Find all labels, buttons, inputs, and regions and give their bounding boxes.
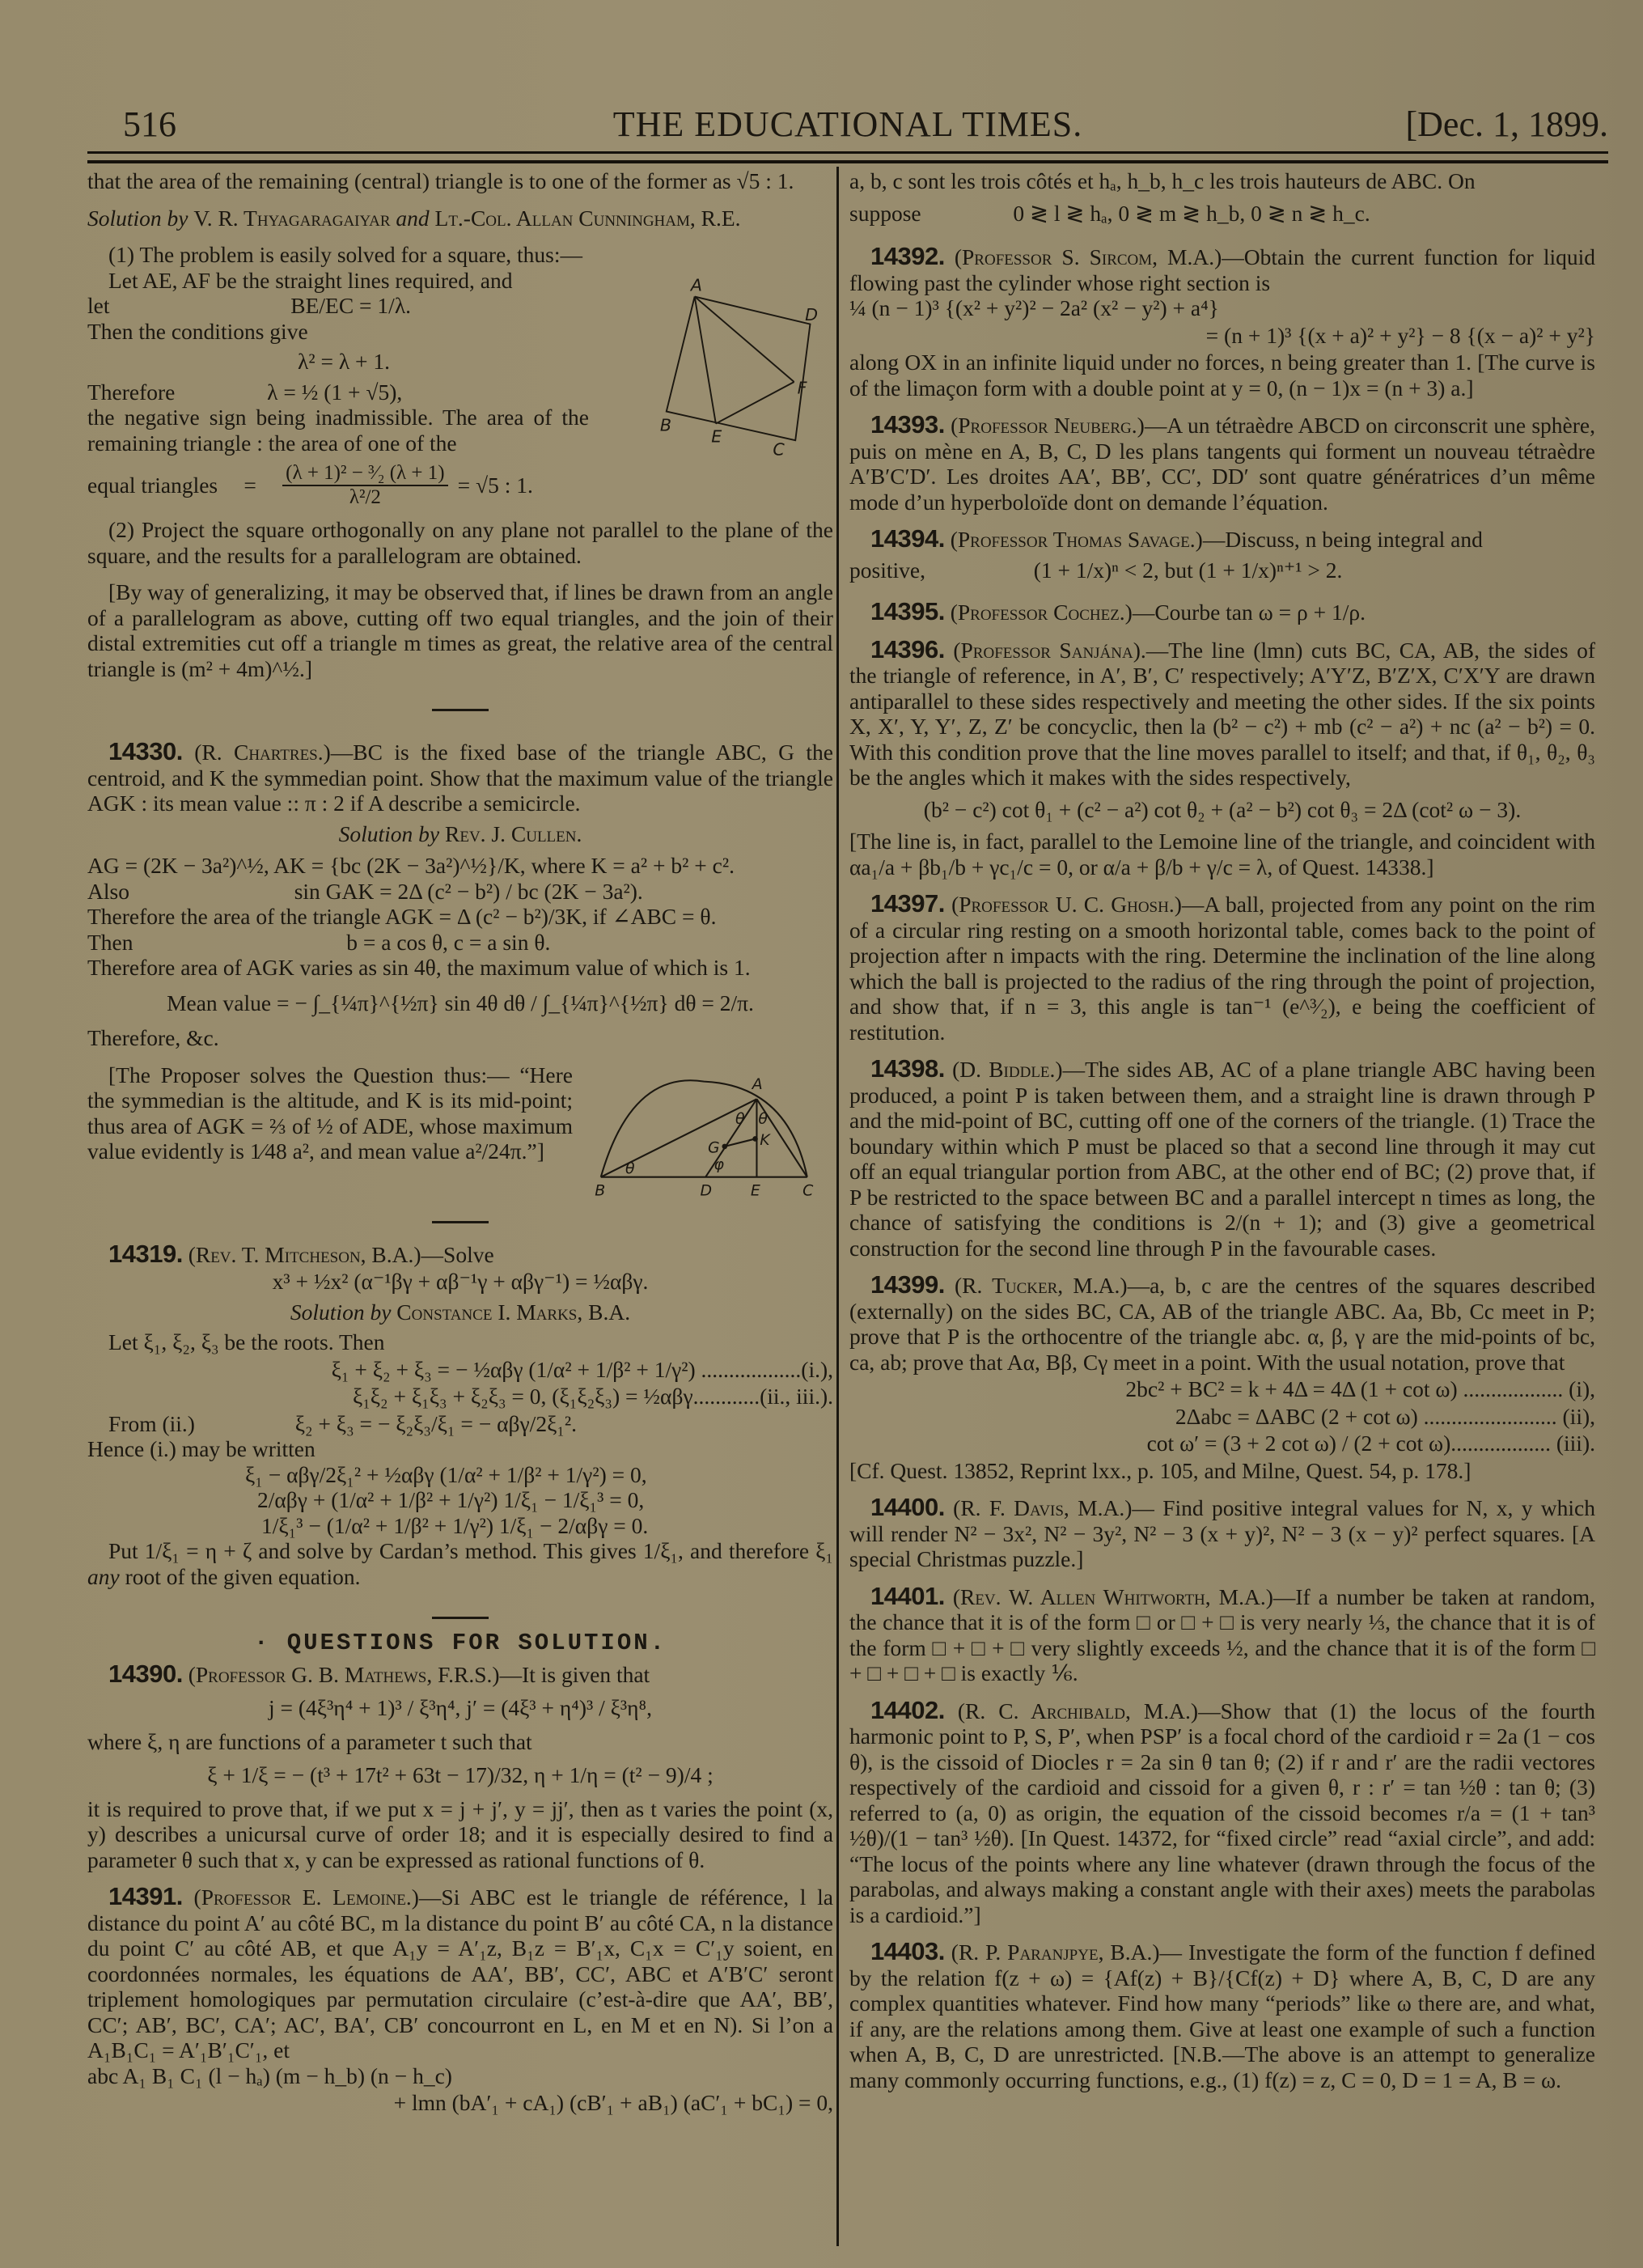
fraction: (λ + 1)² − ³⁄₂ (λ + 1) λ²/2 [282,462,447,509]
svg-text:C: C [802,1181,814,1199]
paragraph: Therefore the area of the triangle AGK =… [87,904,833,930]
svg-text:K: K [760,1131,771,1149]
question-number: 14400. [870,1493,945,1521]
solution-credit: Solution by Constance I. Marks, B.A. [87,1299,833,1325]
svg-text:D: D [701,1181,713,1199]
solver-name: V. R. Thyagaragaiyar [193,206,390,231]
question-number: 14401. [870,1582,945,1610]
equation: ¼ (n − 1)³ {(x² + y²)² − 2a² (x² − y²) +… [849,295,1595,321]
equation: ξ₁ − αβγ/2ξ₁² + ½αβγ (1/α² + 1/β² + 1/γ²… [87,1462,833,1488]
svg-text:E: E [751,1181,760,1199]
column-divider [836,167,839,2246]
proposer: (Rev. W. Allen Whitworth, M.A.) [953,1584,1273,1609]
proposer: (D. Biddle.) [952,1057,1063,1082]
equation: j = (4ξ³η⁴ + 1)³ / ξ³η⁴, j′ = (4ξ³ + η⁴)… [87,1695,833,1721]
left-column: that the area of the remaining (central)… [87,168,833,2118]
section-separator [432,1617,489,1619]
equation-row: Then b = a cos θ, c = a sin θ. [87,930,833,956]
proposer: (Professor Neuberg.) [951,413,1145,438]
proposer: (R. P. Paranjpye, B.A.) [951,1939,1160,1965]
equation-row: From (ii.) ξ₂ + ξ₃ = − ξ₂ξ₃/ξ₁ = − αβγ/2… [87,1411,833,1437]
question-14392: 14392. (Professor S. Sircom, M.A.)—Obtai… [849,244,1595,295]
section-separator [432,1221,489,1223]
equation: (b² − c²) cot θ₁ + (c² − a²) cot θ₂ + (a… [849,797,1595,823]
question-14400: 14400. (R. F. Davis, M.A.)— Find positiv… [849,1494,1595,1572]
equation: 1/ξ₁³ − (1/α² + 1/β² + 1/γ²) 1/ξ₁ − 2/αβ… [87,1513,833,1539]
equation: = (n + 1)³ {(x + a)² + y²} − 8 {(x − a)²… [849,323,1595,349]
equation: 2/αβγ + (1/α² + 1/β² + 1/γ²) 1/ξ₁ − 1/ξ₁… [87,1487,833,1513]
section-heading: · QUESTIONS FOR SOLUTION. [87,1630,833,1656]
proposer: (R. Chartres.) [194,740,331,765]
proposer: (Rev. T. Mitcheson, B.A.) [188,1242,421,1267]
question-14403: 14403. (R. P. Paranjpye, B.A.)— Investig… [849,1939,1595,2092]
svg-text:B: B [660,415,671,435]
svg-text:C: C [773,439,785,459]
paragraph: (2) Project the square orthogonally on a… [87,517,833,568]
paragraph: a, b, c sont les trois côtés et hₐ, h_b,… [849,168,1595,194]
paragraph: Hence (i.) may be written [87,1436,833,1462]
question-number: 14398. [870,1054,945,1083]
question-number: 14319. [108,1240,183,1268]
proposer: (Professor G. B. Mathews, F.R.S.) [188,1662,500,1687]
question-number: 14403. [870,1937,945,1965]
proposer: (Professor S. Sircom, M.A.) [955,244,1222,269]
equation-row: positive, (1 + 1/x)ⁿ < 2, but (1 + 1/x)ⁿ… [849,557,1595,583]
proposer: (Professor Cochez.) [951,600,1133,625]
question-number: 14391. [108,1882,183,1910]
question-number: 14396. [870,635,945,663]
proposer: (Professor U. C. Ghosh.) [951,892,1182,917]
proposer: (R. F. Davis, M.A.) [953,1495,1132,1520]
journal-title: THE EDUCATIONAL TIMES. [87,104,1608,145]
header-rule-top [87,151,1608,154]
header-rule-bottom [87,160,1608,163]
section-separator [432,709,489,711]
paragraph: it is required to prove that, if we put … [87,1796,833,1873]
solver-name: Lt.-Col. Allan Cunningham, R.E. [435,206,741,231]
question-number: 14330. [108,737,183,765]
fraction-equation-row: equal triangles = (λ + 1)² − ³⁄₂ (λ + 1)… [87,462,639,509]
question-14394: 14394. (Professor Thomas Savage.)—Discus… [849,526,1595,553]
svg-text:θ: θ [735,1109,745,1127]
paragraph: Therefore, &c. [87,1025,833,1051]
equation: ξ + 1/ξ = − (t³ + 17t² + 63t − 17)/32, η… [87,1762,833,1788]
question-number: 14392. [870,242,945,270]
proposer: (Professor Sanjána). [953,638,1145,663]
right-column: a, b, c sont les trois côtés et hₐ, h_b,… [849,168,1595,2092]
question-14395: 14395. (Professor Cochez.)—Courbe tan ω … [849,599,1595,625]
page-header: 516 THE EDUCATIONAL TIMES. [Dec. 1, 1899… [87,104,1608,144]
svg-text:A: A [689,275,702,295]
svg-text:B: B [595,1181,605,1199]
svg-text:E: E [711,427,722,447]
equation-row: suppose 0 ≷ l ≷ hₐ, 0 ≷ m ≷ h_b, 0 ≷ n ≷… [849,201,1595,227]
question-14397: 14397. (Professor U. C. Ghosh.)—A ball, … [849,891,1595,1045]
editor-note: [By way of generalizing, it may be obser… [87,579,833,681]
question-14401: 14401. (Rev. W. Allen Whitworth, M.A.)—I… [849,1583,1595,1686]
proposer: (R. C. Archibald, M.A.) [958,1698,1198,1723]
equation: BE/EC = 1/λ. [290,293,411,318]
question-14390: 14390. (Professor G. B. Mathews, F.R.S.)… [87,1661,833,1688]
equation: abc A₁ B₁ C₁ (l − hₐ) (m − h_b) (n − h_c… [87,2063,833,2089]
question-14319: 14319. (Rev. T. Mitcheson, B.A.)—Solve [87,1241,833,1268]
proposer-note: [The Proposer solves the Question thus:—… [87,1062,573,1164]
question-number: 14402. [870,1696,945,1724]
solution-credit: Solution by Rev. J. Cullen. [87,821,833,847]
proposer: (Professor Thomas Savage.) [951,527,1203,552]
paragraph: along OX in an infinite liquid under no … [849,350,1595,401]
question-14396: 14396. (Professor Sanjána).—The line (lm… [849,637,1595,791]
question-number: 14393. [870,410,945,439]
proposer: (R. Tucker, M.A.) [955,1273,1128,1298]
question-14391: 14391. (Professor E. Lemoine.)—Si ABC es… [87,1884,833,2063]
mean-value-equation: Mean value = − ∫_{¼π}^{½π} sin 4θ dθ / ∫… [87,990,833,1016]
svg-text:θ: θ [758,1109,768,1127]
question-14398: 14398. (D. Biddle.)—The sides AB, AC of … [849,1056,1595,1261]
paragraph: Let ξ₁, ξ₂, ξ₃ be the roots. Then [87,1329,833,1355]
semicircle-diagram: A θ θ G K θ φ B D E C [582,1062,833,1200]
question-number: 14394. [870,524,945,553]
proposer: (Professor E. Lemoine.) [194,1884,419,1910]
equation: 2Δabc = ΔABC (2 + cot ω) ...............… [849,1404,1595,1430]
editor-note: [Cf. Quest. 13852, Reprint lxx., p. 105,… [849,1458,1595,1484]
paragraph: Put 1/ξ₁ = η + ζ and solve by Cardan’s m… [87,1538,833,1589]
editor-note: [The line is, in fact, parallel to the L… [849,829,1595,880]
question-14393: 14393. (Professor Neuberg.)—A un tétraèd… [849,412,1595,515]
question-number: 14397. [870,889,945,918]
equation: AG = (2K − 3a²)^½, AK = {bc (2K − 3a²)^½… [87,853,833,879]
svg-text:F: F [798,378,808,397]
svg-text:φ: φ [714,1155,725,1173]
svg-text:G: G [708,1138,720,1156]
svg-text:A: A [752,1075,763,1093]
equation-row: Also sin GAK = 2Δ (c² − b²) / bc (2K − 3… [87,879,833,905]
solution-credit: Solution by V. R. Thyagaragaiyar and Lt.… [87,206,833,231]
equation: λ = ½ (1 + √5), [267,379,402,405]
carryover-text: that the area of the remaining (central)… [87,168,833,194]
equation: cot ω′ = (3 + 2 cot ω) / (2 + cot ω)....… [849,1431,1595,1456]
question-number: 14399. [870,1270,945,1299]
svg-text:θ: θ [625,1159,635,1176]
equation: ξ₁ + ξ₂ + ξ₃ = − ½αβγ (1/α² + 1/β² + 1/γ… [87,1357,833,1383]
equation: + lmn (bA′₁ + cA₁) (cB′₁ + aB₁) (aC′₁ + … [87,2090,833,2116]
paragraph: Therefore area of AGK varies as sin 4θ, … [87,955,833,981]
question-number: 14395. [870,597,945,625]
paragraph: the negative sign being inadmissible. Th… [87,405,589,456]
issue-date: [Dec. 1, 1899. [1406,104,1609,145]
question-14399: 14399. (R. Tucker, M.A.)—a, b, c are the… [849,1272,1595,1375]
equation: 2bc² + BC² = k + 4Δ = 4Δ (1 + cot ω) ...… [849,1376,1595,1402]
question-number: 14390. [108,1660,183,1688]
svg-text:D: D [805,305,818,324]
square-diagram: A D F B E C [647,242,833,485]
question-14402: 14402. (R. C. Archibald, M.A.)—Show that… [849,1698,1595,1928]
equation: x³ + ½x² (α⁻¹βγ + αβ⁻¹γ + αβγ⁻¹) = ½αβγ. [87,1269,833,1295]
equation: ξ₁ξ₂ + ξ₁ξ₃ + ξ₂ξ₃ = 0, (ξ₁ξ₂ξ₃) = ½αβγ.… [87,1384,833,1410]
question-14330: 14330. (R. Chartres.)—BC is the fixed ba… [87,739,833,816]
paragraph: where ξ, η are functions of a parameter … [87,1729,833,1755]
